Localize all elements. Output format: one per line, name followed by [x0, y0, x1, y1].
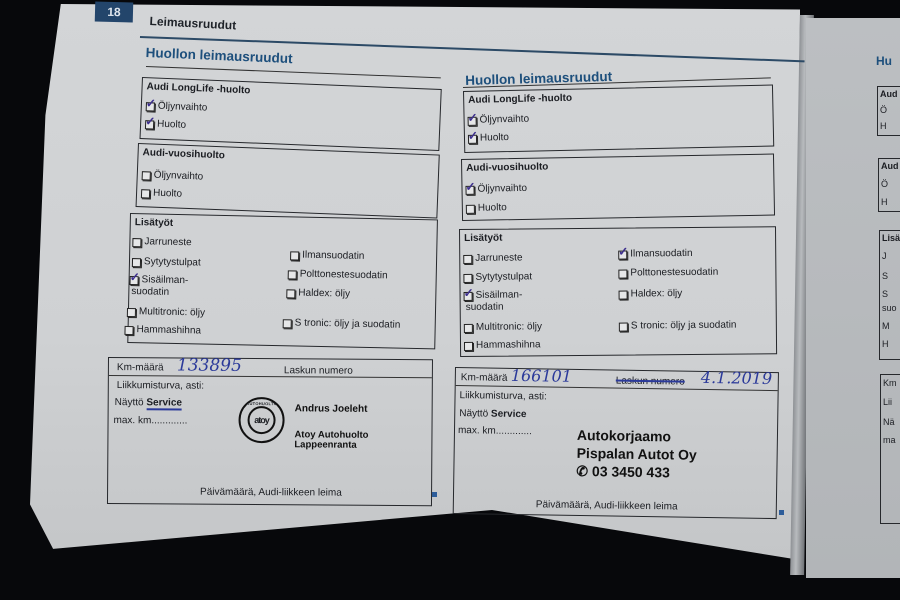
- right-annual-title: Audi-vuosihuolto: [466, 161, 548, 173]
- left-extras-spark-plugs[interactable]: Sytytystulpat: [132, 256, 201, 269]
- checkbox-checked-icon[interactable]: [468, 116, 477, 125]
- left-annual-title: Audi-vuosihuolto: [142, 147, 225, 161]
- checkbox-icon[interactable]: [142, 171, 151, 180]
- left-extras-timing-belt[interactable]: Hammashihna: [124, 324, 201, 338]
- left-record-footer: Päivämäärä, Audi-liikkeen leima: [200, 487, 342, 499]
- left-extras-cabin-filter[interactable]: Sisäilman-suodatin: [129, 274, 188, 299]
- checkbox-icon[interactable]: [286, 289, 295, 298]
- right-km-label: Km-määrä: [461, 372, 508, 384]
- left-km-value[interactable]: 133895: [177, 355, 242, 375]
- checkbox-icon[interactable]: [141, 189, 150, 198]
- checkbox-icon[interactable]: [288, 270, 297, 279]
- right-extras-box: Lisätyöt Jarruneste Sytytystulpat Sisäil…: [459, 226, 777, 357]
- right-invoice-label: Laskun numero: [616, 376, 685, 388]
- right-annual-oil[interactable]: Öljynvaihto: [465, 183, 527, 196]
- left-extras-haldex[interactable]: Haldex: öljy: [286, 287, 350, 300]
- stamp-person-name: Andrus Joeleht: [295, 403, 368, 415]
- left-longlife-box: Audi LongLife -huolto Öljynvaihto Huolto: [140, 77, 442, 151]
- checkbox-checked-icon[interactable]: [464, 292, 473, 301]
- phone-icon: ✆: [576, 463, 588, 479]
- left-longlife-title: Audi LongLife -huolto: [146, 81, 250, 96]
- checkbox-icon[interactable]: [463, 273, 472, 282]
- right-warranty-label: Liikkumisturva, asti:: [459, 390, 546, 402]
- right-longlife-title: Audi LongLife -huolto: [468, 93, 572, 106]
- right-extras-fuel-filter[interactable]: Polttonestesuodatin: [618, 267, 718, 280]
- checkbox-icon[interactable]: [619, 322, 628, 331]
- left-display-row: Näyttö Service: [115, 397, 182, 408]
- left-max-km[interactable]: max. km.............: [114, 415, 188, 427]
- right-date-value[interactable]: 4.1.2019: [701, 368, 773, 388]
- checkbox-icon[interactable]: [464, 341, 473, 350]
- left-extras-title: Lisätyöt: [135, 217, 174, 229]
- page-number-tab: 18: [95, 2, 134, 23]
- checkbox-checked-icon[interactable]: [618, 250, 627, 259]
- page-marker-icon: [779, 510, 784, 515]
- checkbox-icon[interactable]: [127, 307, 136, 316]
- right-annual-box: Audi-vuosihuolto Öljynvaihto Huolto: [461, 154, 775, 221]
- right-extras-haldex[interactable]: Haldex: öljy: [619, 288, 683, 301]
- left-extras-box: Lisätyöt Jarruneste Sytytystulpat Sisäil…: [127, 213, 438, 349]
- checkbox-icon[interactable]: [619, 290, 628, 299]
- right-extras-air-filter[interactable]: Ilmansuodatin: [618, 248, 692, 261]
- left-invoice-label: Laskun numero: [284, 365, 353, 376]
- right-extras-timing-belt[interactable]: Hammashihna: [464, 339, 541, 352]
- atoy-stamp-logo: AUTOHUOLTO atoy: [238, 397, 284, 443]
- checkbox-icon[interactable]: [463, 254, 472, 263]
- left-record-box: Km-määrä 133895 Laskun numero Liikkumist…: [107, 357, 433, 506]
- stamp-line1: Autokorjaamo: [577, 427, 671, 444]
- left-record-divider: [109, 375, 432, 378]
- right-record-box: Km-määrä 166101 Laskun numero 4.1.2019 L…: [453, 367, 779, 519]
- right-extras-multitronic[interactable]: Multitronic: öljy: [464, 321, 542, 334]
- checkbox-icon[interactable]: [464, 323, 473, 332]
- stamp-city: Lappeenranta: [294, 439, 356, 450]
- left-extras-brake-fluid[interactable]: Jarruneste: [132, 236, 191, 249]
- checkbox-icon[interactable]: [283, 319, 292, 328]
- next-annual-box: Aud Ö H: [878, 158, 900, 212]
- left-extras-fuel-filter[interactable]: Polttonestesuodatin: [288, 268, 388, 282]
- next-record-box: Km Lii Nä ma: [880, 374, 900, 524]
- stamp-line2: Pispalan Autot Oy: [577, 445, 697, 463]
- left-longlife-oil[interactable]: Öljynvaihto: [146, 100, 208, 114]
- next-subtitle: Hu: [876, 54, 892, 68]
- next-extras-box: Lisä J S S suo M H: [879, 230, 900, 360]
- right-extras-s-tronic[interactable]: S tronic: öljy ja suodatin: [619, 320, 737, 333]
- checkbox-icon[interactable]: [124, 325, 133, 334]
- checkbox-icon[interactable]: [466, 204, 475, 213]
- checkbox-icon[interactable]: [618, 269, 627, 278]
- left-display-value: Service: [146, 397, 182, 410]
- right-record-footer: Päivämäärä, Audi-liikkeen leima: [536, 499, 678, 512]
- stamp-phone-row: ✆ 03 3450 433: [576, 463, 670, 481]
- right-max-km[interactable]: max. km.............: [458, 425, 532, 437]
- left-extras-multitronic[interactable]: Multitronic: öljy: [127, 306, 205, 320]
- checkbox-checked-icon[interactable]: [146, 102, 155, 111]
- right-annual-service[interactable]: Huolto: [466, 202, 507, 215]
- right-extras-cabin-filter[interactable]: Sisäilman-suodatin: [464, 289, 523, 314]
- right-longlife-service[interactable]: Huolto: [468, 132, 509, 145]
- checkbox-checked-icon[interactable]: [129, 276, 138, 285]
- checkbox-checked-icon[interactable]: [468, 134, 477, 143]
- left-extras-s-tronic[interactable]: S tronic: öljy ja suodatin: [283, 317, 401, 331]
- left-annual-oil[interactable]: Öljynvaihto: [142, 169, 204, 183]
- right-extras-brake-fluid[interactable]: Jarruneste: [463, 252, 522, 265]
- checkbox-icon[interactable]: [132, 258, 141, 267]
- right-extras-spark-plugs[interactable]: Sytytystulpat: [463, 271, 532, 284]
- atoy-logo-mark: atoy: [247, 406, 275, 434]
- left-warranty-label: Liikkumisturva, asti:: [117, 380, 204, 392]
- right-extras-title: Lisätyöt: [464, 233, 502, 244]
- right-longlife-oil[interactable]: Öljynvaihto: [468, 114, 530, 127]
- checkbox-checked-icon[interactable]: [145, 120, 154, 129]
- left-extras-air-filter[interactable]: Ilmansuodatin: [290, 249, 365, 263]
- left-annual-service[interactable]: Huolto: [141, 187, 182, 201]
- left-longlife-service[interactable]: Huolto: [145, 118, 186, 132]
- right-display-value: Service: [491, 409, 527, 421]
- right-display-row: Näyttö Service: [459, 408, 526, 420]
- right-longlife-box: Audi LongLife -huolto Öljynvaihto Huolto: [463, 85, 774, 153]
- checkbox-checked-icon[interactable]: [465, 185, 474, 194]
- next-longlife-box: Aud Ö H: [877, 86, 900, 136]
- page-marker-icon: [432, 492, 437, 497]
- checkbox-icon[interactable]: [132, 238, 141, 247]
- checkbox-icon[interactable]: [290, 251, 299, 260]
- right-km-value[interactable]: 166101: [511, 366, 572, 386]
- left-km-label: Km-määrä: [117, 362, 164, 373]
- left-annual-box: Audi-vuosihuolto Öljynvaihto Huolto: [136, 143, 440, 219]
